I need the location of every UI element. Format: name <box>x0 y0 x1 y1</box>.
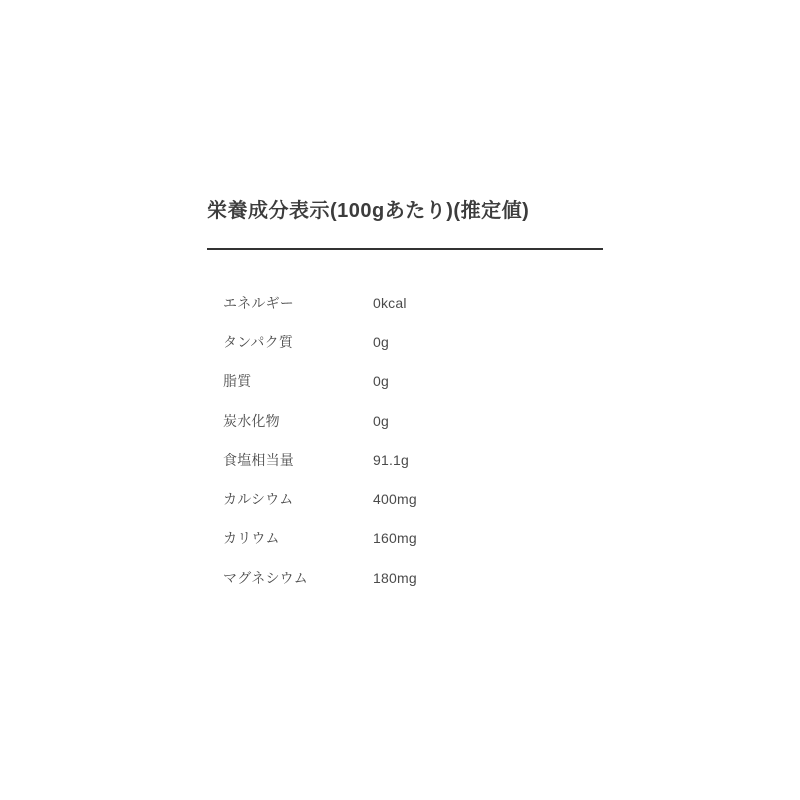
table-row: マグネシウム 180mg <box>223 558 603 597</box>
nutrient-label: カルシウム <box>223 489 373 509</box>
nutrient-value: 91.1g <box>373 452 409 468</box>
nutrient-value: 0kcal <box>373 295 407 311</box>
table-row: カリウム 160mg <box>223 519 603 558</box>
nutrient-value: 0g <box>373 413 389 429</box>
nutrient-value: 180mg <box>373 570 417 586</box>
nutrient-label: 食塩相当量 <box>223 450 373 470</box>
nutrient-value: 0g <box>373 373 389 389</box>
nutrient-value: 160mg <box>373 530 417 546</box>
nutrition-panel: 栄養成分表示(100gあたり)(推定値) エネルギー 0kcal タンパク質 0… <box>0 0 800 800</box>
table-row: 食塩相当量 91.1g <box>223 440 603 479</box>
table-row: カルシウム 400mg <box>223 479 603 518</box>
nutrient-value: 0g <box>373 334 389 350</box>
table-row: タンパク質 0g <box>223 322 603 361</box>
table-row: エネルギー 0kcal <box>223 283 603 322</box>
table-row: 脂質 0g <box>223 362 603 401</box>
nutrient-label: エネルギー <box>223 293 373 313</box>
nutrition-title: 栄養成分表示(100gあたり)(推定値) <box>207 196 603 250</box>
nutrient-label: カリウム <box>223 528 373 548</box>
nutrient-label: タンパク質 <box>223 332 373 352</box>
nutrient-label: 脂質 <box>223 371 373 391</box>
nutrient-label: マグネシウム <box>223 568 373 588</box>
nutrition-table: エネルギー 0kcal タンパク質 0g 脂質 0g 炭水化物 0g 食塩相当量… <box>223 283 603 597</box>
table-row: 炭水化物 0g <box>223 401 603 440</box>
nutrient-label: 炭水化物 <box>223 411 373 431</box>
nutrient-value: 400mg <box>373 491 417 507</box>
